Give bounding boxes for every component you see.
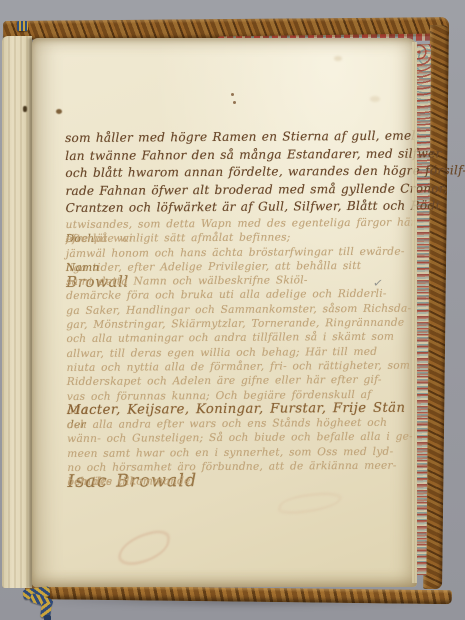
paper-speck [23,106,27,112]
manuscript-line: Crantzen och löfwärket är af Gull, Silfw… [65,198,399,218]
ink-bleedthrough-mark [118,527,171,569]
pencil-check-mark: ✓ [372,275,384,290]
ink-bleedthrough-mark [276,490,344,515]
manuscript-photo-scene: som håller med högre Ramen en Stierna af… [0,0,465,620]
headband [17,21,28,31]
foxing-spot [334,56,342,61]
manuscript-line: bemälte Isac Browald och des tilkommande [67,473,401,490]
manuscript-text-segment: efterläte wi [66,232,133,247]
manuscript-text-block: som håller med högre Ramen en Stierna af… [65,128,402,490]
ink-dot [231,93,234,96]
manuscript-text-segment: och des tilkommande [67,474,190,489]
manuscript-line: och blått hwarom annan fördelte, warande… [65,163,399,183]
manuscript-line: rade Fahnan öfwer alt broderad med små g… [65,180,399,200]
manuscript-line: som håller med högre Ramen en Stierna af… [65,128,399,148]
manuscript-page: som håller med högre Ramen en Stierna af… [32,38,417,587]
ink-dot [233,101,236,104]
manuscript-line: lan twänne Fahnor den så många Estandare… [65,145,399,165]
ink-blotch [56,109,62,114]
bookmark-tassel-tip [44,615,51,620]
foxing-spot [370,96,380,102]
